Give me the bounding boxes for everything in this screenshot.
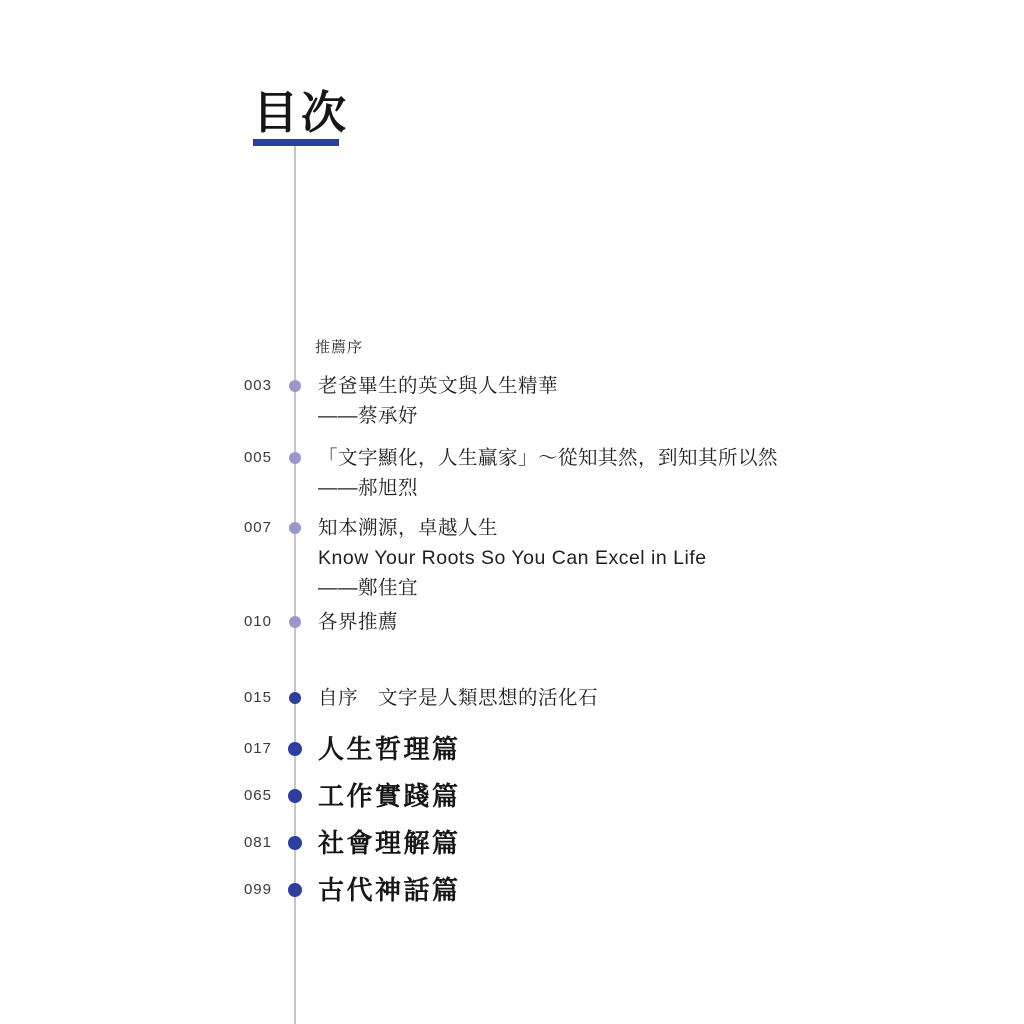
entry-lines: 自序 文字是人類思想的活化石: [318, 683, 940, 713]
entry-line: ——郝旭烈: [318, 473, 940, 503]
toc-entry: 065工作實踐篇: [220, 776, 940, 816]
bullet-marker-icon: [289, 616, 301, 628]
toc-entry: 003老爸畢生的英文與人生精華——蔡承妤: [220, 371, 940, 431]
toc-entry: 099古代神話篇: [220, 870, 940, 910]
entry-line: ——鄭佳宜: [318, 573, 940, 603]
bullet-cell: [272, 870, 318, 910]
page-number: 003: [220, 371, 272, 431]
entry-line: 自序 文字是人類思想的活化石: [318, 683, 940, 713]
bullet-marker-icon: [289, 380, 301, 392]
page-number: 015: [220, 683, 272, 713]
entry-lines: 古代神話篇: [318, 870, 940, 910]
bullet-marker-icon: [288, 836, 302, 850]
entry-line: 人生哲理篇: [318, 729, 940, 769]
toc-entry: 005「文字顯化，人生贏家」～從知其然，到知其所以然——郝旭烈: [220, 443, 940, 503]
toc-entry: 081社會理解篇: [220, 823, 940, 863]
title-block: 目次: [253, 88, 349, 146]
toc-list: 推薦序 003老爸畢生的英文與人生精華——蔡承妤005「文字顯化，人生贏家」～從…: [220, 337, 940, 917]
toc-entry: 015自序 文字是人類思想的活化石: [220, 683, 940, 713]
bullet-marker-icon: [288, 742, 302, 756]
page-number: 007: [220, 513, 272, 603]
page-number: 005: [220, 443, 272, 503]
bullet-marker-icon: [288, 789, 302, 803]
entry-lines: 工作實踐篇: [318, 776, 940, 816]
entry-lines: 「文字顯化，人生贏家」～從知其然，到知其所以然——郝旭烈: [318, 443, 940, 503]
page-number: 081: [220, 823, 272, 863]
entry-lines: 知本溯源，卓越人生Know Your Roots So You Can Exce…: [318, 513, 940, 603]
page-title: 目次: [253, 88, 349, 138]
entry-line: 「文字顯化，人生贏家」～從知其然，到知其所以然: [318, 443, 940, 473]
bullet-marker-icon: [289, 522, 301, 534]
bullet-marker-icon: [288, 883, 302, 897]
page-number: 065: [220, 776, 272, 816]
entry-line: ——蔡承妤: [318, 401, 940, 431]
entry-line: Know Your Roots So You Can Excel in Life: [318, 543, 940, 573]
entry-line: 老爸畢生的英文與人生精華: [318, 371, 940, 401]
entry-lines: 人生哲理篇: [318, 729, 940, 769]
bullet-cell: [272, 371, 318, 401]
toc-entry: 017人生哲理篇: [220, 729, 940, 769]
entry-lines: 各界推薦: [318, 607, 940, 637]
bullet-cell: [272, 823, 318, 863]
entry-line: 知本溯源，卓越人生: [318, 513, 940, 543]
entry-line: 各界推薦: [318, 607, 940, 637]
entry-line: 工作實踐篇: [318, 776, 940, 816]
entry-lines: 老爸畢生的英文與人生精華——蔡承妤: [318, 371, 940, 431]
toc-entry: 010各界推薦: [220, 607, 940, 637]
bullet-cell: [272, 607, 318, 637]
page-number: 010: [220, 607, 272, 637]
bullet-marker-icon: [289, 692, 301, 704]
section-label: 推薦序: [315, 337, 940, 359]
toc-page: 目次 推薦序 003老爸畢生的英文與人生精華——蔡承妤005「文字顯化，人生贏家…: [0, 0, 1024, 1024]
entry-line: 古代神話篇: [318, 870, 940, 910]
page-number: 099: [220, 870, 272, 910]
toc-entry: 007知本溯源，卓越人生Know Your Roots So You Can E…: [220, 513, 940, 603]
entry-lines: 社會理解篇: [318, 823, 940, 863]
bullet-cell: [272, 683, 318, 713]
bullet-cell: [272, 776, 318, 816]
bullet-cell: [272, 729, 318, 769]
bullet-cell: [272, 513, 318, 543]
bullet-marker-icon: [289, 452, 301, 464]
title-underline: [253, 139, 339, 146]
entry-line: 社會理解篇: [318, 823, 940, 863]
bullet-cell: [272, 443, 318, 473]
page-number: 017: [220, 729, 272, 769]
